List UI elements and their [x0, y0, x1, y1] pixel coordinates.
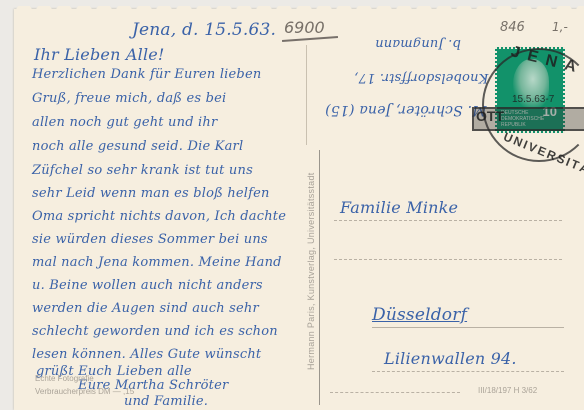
message-line: sehr Leid wenn man es bloß helfen: [32, 186, 270, 201]
message-line: allen noch gut geht und ihr: [32, 115, 217, 130]
photo-note: Echte Fotografie: [35, 374, 94, 383]
address-rule: [372, 327, 564, 328]
message-line: schlecht geworden und ich es schon: [32, 324, 278, 339]
message-line: Züfchel so sehr krank ist tut uns: [32, 163, 253, 178]
pencil-note: 6900: [284, 18, 325, 37]
divider-line: [319, 150, 320, 405]
pencil-note: 846: [500, 20, 525, 35]
pencil-note: 1,-: [552, 20, 568, 34]
message-line: mal nach Jena kommen. Meine Hand: [32, 255, 282, 270]
address-city: Düsseldorf: [372, 305, 467, 325]
sender-line: b. Jungmann: [375, 36, 461, 51]
message-line: u. Beine wollen auch nicht anders: [32, 278, 263, 293]
postcard-scalloped-edge: [14, 6, 584, 12]
address-rule: [372, 371, 564, 372]
message-signature-family: und Familie.: [124, 394, 208, 409]
message-date: Jena, d. 15.5.63.: [132, 20, 276, 40]
address-rule: [334, 220, 562, 221]
address-street: Lilienwallen 94.: [384, 349, 517, 368]
message-line: Herzlichen Dank für Euren lieben: [32, 67, 261, 82]
print-code: III/18/197 H 3/62: [478, 386, 537, 395]
price-note: Verbraucherpreis DM — ,15: [35, 387, 134, 396]
address-rule: [334, 259, 562, 260]
divider-line: [306, 45, 307, 145]
message-line: noch alle gesund seid. Die Karl: [32, 139, 243, 154]
sender-line: M. Schröter, Jena (15): [325, 102, 487, 118]
message-salutation: Ihr Lieben Alle!: [34, 45, 165, 64]
address-rule: [330, 392, 460, 393]
message-line: lesen können. Alles Gute wünscht: [32, 347, 261, 362]
message-line: werden die Augen sind auch sehr: [32, 301, 259, 316]
message-line: Gruß, freue mich, daß es bei: [32, 91, 226, 106]
postmark-date: 15.5.63-7: [512, 94, 554, 105]
address-line1: Familie Minke: [340, 198, 458, 217]
postmark-bar-text: OTT: [476, 108, 504, 124]
publisher-imprint: Hermann Paris, Kunstverlag, Universitäts…: [306, 172, 316, 370]
sender-line: Knobelsdorffstr. 17,: [354, 70, 488, 85]
message-line: Oma spricht nichts davon, Ich dachte: [32, 209, 286, 224]
message-line: sie würden dieses Sommer bei uns: [32, 232, 268, 247]
